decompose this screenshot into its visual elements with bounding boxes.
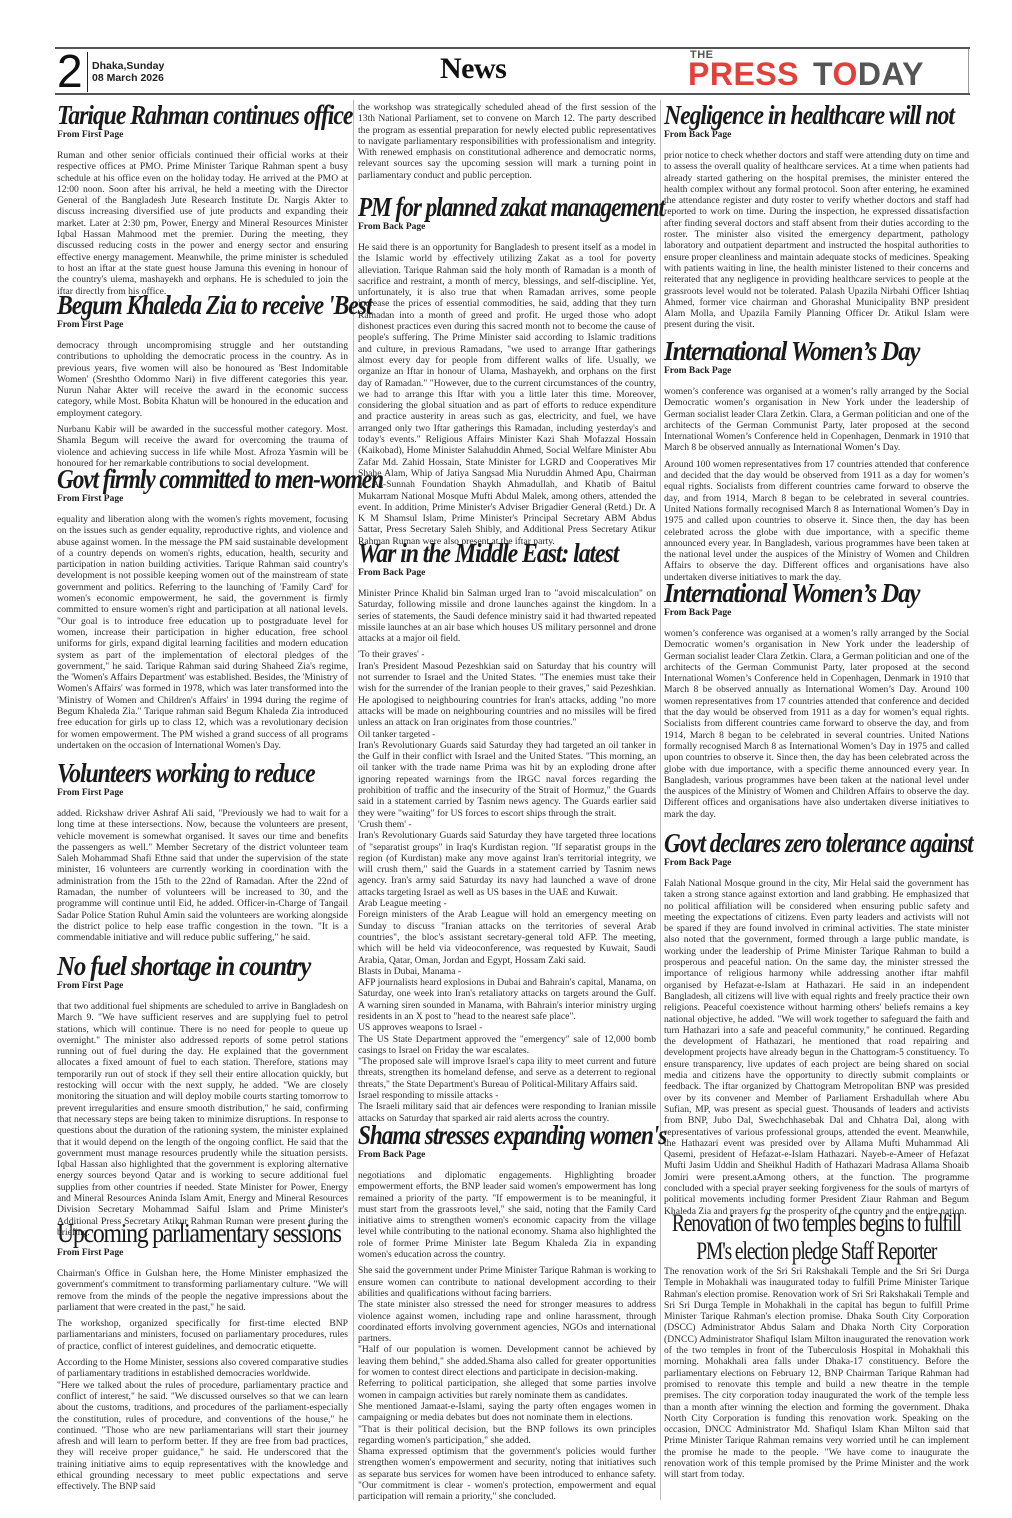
article-body: the workshop was strategically scheduled… [358,102,656,181]
article-headline: Shama stresses expanding women's [358,1120,614,1150]
article-body: prior notice to check whether doctors an… [664,150,969,331]
article-headline: Upcoming parliamentary sessions [57,1218,313,1248]
paragraph: Ruman and other senior officials continu… [57,150,348,297]
paragraph: The US State Department approved the "em… [358,1034,656,1057]
paragraph: women’s conference was organised at a wo… [664,628,969,820]
paragraph: Nurbanu Kabir will be awarded in the suc… [57,424,348,469]
article-body: added. Rickshaw driver Ashraf Ali said, … [57,808,348,944]
subheading: US approves weapons to Israel - [358,1022,656,1033]
paragraph: prior notice to check whether doctors an… [664,150,969,331]
column-divider [660,100,661,1500]
article-body: Chairman's Office in Gulshan here, the H… [57,1268,348,1493]
article-tarique-office: Tarique Rahman continues office From Fir… [57,100,348,302]
paragraph: Shama expressed optimism that the govern… [358,1446,656,1502]
article-shama: Shama stresses expanding women's From Ba… [358,1120,656,1503]
article-kicker: From Back Page [664,366,969,377]
subheading: Israel responding to missile attacks - [358,1090,656,1101]
article-body: negotiations and diplomatic engagements.… [358,1170,656,1503]
article-middle-east: War in the Middle East: latest From Back… [358,538,656,1124]
article-headline: Renovation of two temples begins to fulf… [664,1210,969,1266]
paragraph: The workshop, organized specifically for… [57,1318,348,1352]
logo-today-rest: DAY [858,56,924,92]
paragraph: Falah National Mosque ground in the city… [664,878,969,1217]
subheading: Oil tanker targeted - [358,729,656,740]
article-volunteers: Volunteers working to reduce From First … [57,758,348,949]
article-headline: International Women’s Day [664,336,945,366]
article-kicker: From Back Page [358,222,656,233]
paragraph: The renovation work of the Sri Sri Raksh… [664,1266,969,1481]
headline-line-2: PM's election pledge Staff Reporter [664,1238,969,1266]
dateline: Dhaka,Sunday 08 March 2026 [92,60,164,84]
subheading: Blasts in Dubai, Manama - [358,966,656,977]
article-headline: Negligence in healthcare will not [664,100,932,130]
paragraph: "Here we talked about the rules of proce… [57,1380,348,1493]
article-kicker: From Back Page [358,568,656,579]
article-headline: War in the Middle East: latest [358,538,620,568]
logo-border [968,49,969,93]
article-headline: Govt firmly committed to men-women [57,464,307,494]
article-womens-day-2: International Women’s Day From Back Page… [664,578,969,825]
article-body: democracy through uncompromising struggl… [57,340,348,469]
masthead-bottom-rule [55,93,970,95]
paragraph: the workshop was strategically scheduled… [358,102,656,181]
article-zakat: PM for planned zakat management From Bac… [358,192,656,552]
article-kicker: From Back Page [358,1150,656,1161]
paragraph: added. Rickshaw driver Ashraf Ali said, … [57,808,348,944]
article-headline: Govt declares zero tolerance against [664,828,926,858]
article-fuel: No fuel shortage in country From First P… [57,951,348,1243]
paragraph: AFP journalists heard explosions in Duba… [358,977,656,1022]
paragraph: negotiations and diplomatic engagements.… [358,1170,656,1260]
section-title: News [440,52,506,86]
article-kicker: From First Page [57,788,348,799]
article-healthcare: Negligence in healthcare will not From B… [664,100,969,336]
paragraph: She said the government under Prime Mini… [358,1265,656,1299]
article-men-women: Govt firmly committed to men-women From … [57,464,348,756]
subheading: 'To their graves' - [358,649,656,660]
paragraph: Around 100 women representatives from 17… [664,459,969,583]
newspaper-logo: THE PRESS TODAY [686,48,966,92]
paragraph: Referring to political participation, sh… [358,1378,656,1401]
logo-today-o: O [832,56,857,92]
article-kicker: From Back Page [664,858,969,869]
page-number-divider [87,52,88,92]
paragraph: that two additional fuel shipments are s… [57,1001,348,1238]
paragraph: Iran's President Masoud Pezeshkian said … [358,661,656,729]
paragraph: According to the Home Minister, sessions… [57,1357,348,1380]
dateline-date: 08 March 2026 [92,72,164,84]
article-headline: No fuel shortage in country [57,951,325,981]
article-body: Falah National Mosque ground in the city… [664,878,969,1217]
paragraph: She mentioned Jamaat-e-Islami, saying th… [358,1401,656,1424]
article-kicker: From Back Page [664,608,969,619]
paragraph: democracy through uncompromising struggl… [57,340,348,419]
logo-today-t: T [813,56,832,92]
article-kicker: From First Page [57,130,348,141]
paragraph: Foreign ministers of the Arab League wil… [358,909,656,965]
headline-line-1: Renovation of two temples begins to fulf… [664,1210,969,1238]
article-body: He said there is an opportunity for Bang… [358,242,656,547]
paragraph: Iran's Revolutionary Guards said Saturda… [358,740,656,819]
article-kicker: From First Page [57,320,348,331]
article-kicker: From First Page [57,494,348,505]
article-workshop-continued: the workshop was strategically scheduled… [358,102,656,186]
article-body: women’s conference was organised at a wo… [664,386,969,583]
article-body: Minister Prince Khalid bin Salman urged … [358,588,656,1124]
paragraph: women’s conference was organised at a wo… [664,386,969,454]
article-body: The renovation work of the Sri Sri Raksh… [664,1266,969,1481]
paragraph: He said there is an opportunity for Bang… [358,242,656,547]
article-kicker: From Back Page [664,130,969,141]
article-headline: PM for planned zakat management [358,192,614,222]
article-kicker: From First Page [57,1248,348,1259]
paragraph: "That is their political decision, but t… [358,1424,656,1447]
subheading: 'Crush them' - [358,819,656,830]
article-headline: International Women’s Day [664,578,945,608]
paragraph: "The proposed sale will improve Israel's… [358,1056,656,1090]
article-body: that two additional fuel shipments are s… [57,1001,348,1238]
paragraph: Minister Prince Khalid bin Salman urged … [358,588,656,644]
paragraph: Iran's Revolutionary Guards said Saturda… [358,830,656,898]
article-body: equality and liberation along with the w… [57,514,348,751]
subheading: Arab League meeting - [358,898,656,909]
paragraph: equality and liberation along with the w… [57,514,348,751]
article-zero-tolerance: Govt declares zero tolerance against Fro… [664,828,969,1222]
article-headline: Tarique Rahman continues office [57,100,313,130]
article-headline: Volunteers working to reduce [57,758,313,788]
article-kicker: From First Page [57,981,348,992]
paragraph: The state minister also stressed the nee… [358,1299,656,1344]
article-temples: Renovation of two temples begins to fulf… [664,1210,969,1486]
article-headline: Begum Khaleda Zia to receive 'Best [57,290,313,320]
article-body: women’s conference was organised at a wo… [664,628,969,820]
logo-today: TODAY [813,56,924,93]
paragraph: "Half of our population is women. Develo… [358,1344,656,1378]
paragraph: Chairman's Office in Gulshan here, the H… [57,1268,348,1313]
article-body: Ruman and other senior officials continu… [57,150,348,297]
page-number: 2 [57,48,83,94]
logo-press: PRESS [688,56,799,93]
dateline-day: Dhaka,Sunday [92,60,164,72]
article-khaleda-zia: Begum Khaleda Zia to receive 'Best From … [57,290,348,474]
article-parliamentary: Upcoming parliamentary sessions From Fir… [57,1218,348,1498]
article-womens-day-1: International Women’s Day From Back Page… [664,336,969,588]
